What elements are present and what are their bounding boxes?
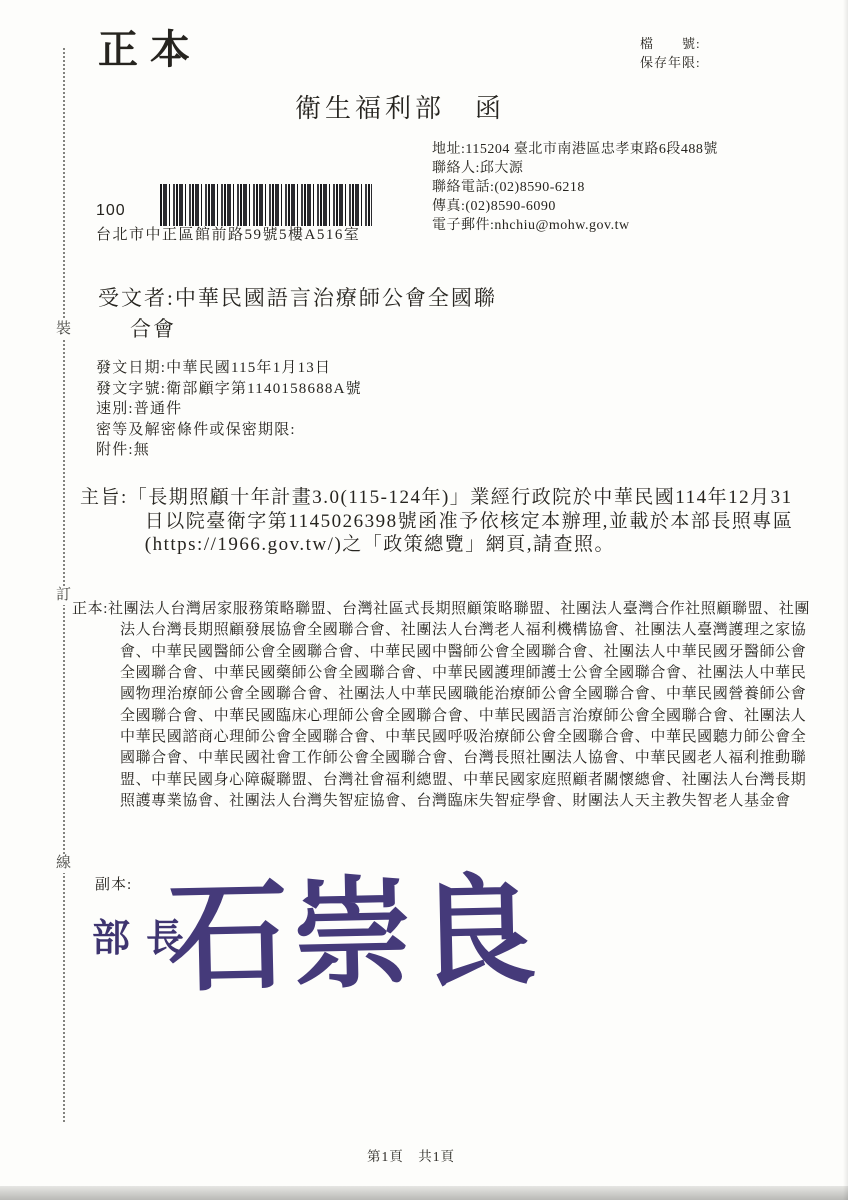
recipient-block: 受文者:中華民國語言治療師公會全國聯 合會 xyxy=(98,283,497,345)
mailing-zip-code: 100 xyxy=(96,203,126,219)
issue-number: 發文字號:衛部顧字第1140158688A號 xyxy=(96,379,362,400)
recipient-label: 受文者: xyxy=(98,286,175,310)
scan-edge-bottom xyxy=(0,1186,848,1200)
security-class: 密等及解密條件或保密期限: xyxy=(96,420,362,441)
binding-char-xian: 線 xyxy=(56,854,71,873)
sender-info-block: 地址:115204 臺北市南港區忠孝東路6段488號 聯絡人:邱大源 聯絡電話:… xyxy=(432,140,718,235)
subject-label: 主旨: xyxy=(80,486,128,557)
page-number-footer: 第1頁 共1頁 xyxy=(0,1150,822,1164)
distribution-block: 正本: 社團法人台灣居家服務策略聯盟、台灣社區式長期照顧策略聯盟、社團法人臺灣合… xyxy=(72,599,820,812)
speed-class: 速別:普通件 xyxy=(96,399,362,420)
distribution-text: 社團法人台灣居家服務策略聯盟、台灣社區式長期照顧策略聯盟、社團法人臺灣合作社照顧… xyxy=(108,599,820,812)
subject-text: 「長期照顧十年計畫3.0(115-124年)」業經行政院於中華民國114年12月… xyxy=(128,486,809,557)
sender-contact: 聯絡人:邱大源 xyxy=(432,159,718,178)
recipient-line1: 受文者:中華民國語言治療師公會全國聯 xyxy=(98,283,497,314)
recipient-name-part2: 合會 xyxy=(130,314,497,345)
sender-email: 電子郵件:nhchiu@mohw.gov.tw xyxy=(432,216,718,235)
issue-date: 發文日期:中華民國115年1月13日 xyxy=(96,358,362,379)
cc-label: 副本: xyxy=(95,878,132,893)
distribution-label: 正本: xyxy=(72,599,108,812)
mailing-address: 台北市中正區館前路59號5樓A516室 xyxy=(96,228,360,243)
file-number-label: 檔 號: xyxy=(640,34,701,53)
attachment: 附件:無 xyxy=(96,440,362,461)
sender-address: 地址:115204 臺北市南港區忠孝東路6段488號 xyxy=(432,140,718,159)
recipient-name-part1: 中華民國語言治療師公會全國聯 xyxy=(175,286,497,310)
retention-label: 保存年限: xyxy=(640,53,701,72)
binding-dotted-line xyxy=(63,48,65,1122)
sender-phone: 聯絡電話:(02)8590-6218 xyxy=(432,178,718,197)
scanned-official-letter: 裝 訂 線 正本 檔 號: 保存年限: 衛生福利部 函 地址:115204 臺北… xyxy=(0,0,848,1200)
sender-fax: 傳真:(02)8590-6090 xyxy=(432,197,718,216)
document-meta-block: 發文日期:中華民國115年1月13日 發文字號:衛部顧字第1140158688A… xyxy=(96,358,362,461)
binding-char-ding: 訂 xyxy=(56,586,71,605)
subject-block: 主旨: 「長期照顧十年計畫3.0(115-124年)」業經行政院於中華民國114… xyxy=(80,486,809,557)
copy-type-stamp: 正本 xyxy=(98,30,202,70)
minister-signature: 石崇良 xyxy=(167,872,541,1000)
document-title: 衛生福利部 函 xyxy=(0,96,800,122)
file-number-block: 檔 號: 保存年限: xyxy=(640,34,701,72)
binding-char-zhuang: 裝 xyxy=(56,320,71,339)
scan-edge-right xyxy=(843,0,848,1200)
barcode-icon xyxy=(160,184,372,226)
